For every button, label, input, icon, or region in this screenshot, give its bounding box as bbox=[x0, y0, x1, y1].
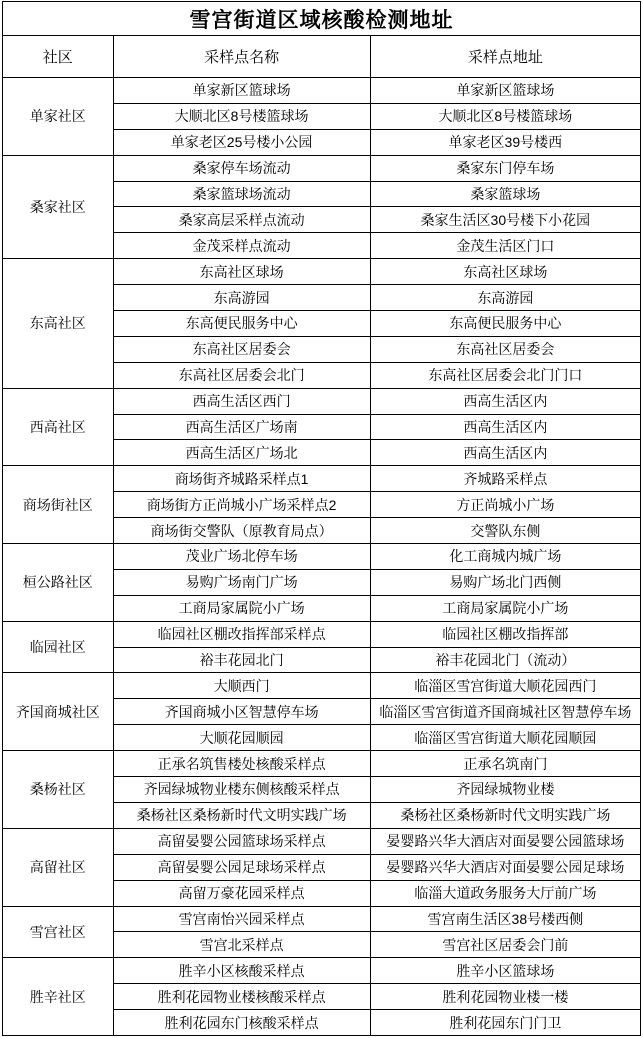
site-name-cell: 西高生活区西门 bbox=[113, 388, 370, 414]
site-name-cell: 东高游园 bbox=[113, 285, 370, 311]
column-header-site-address: 采样点地址 bbox=[370, 36, 640, 78]
site-name-cell: 大顺花园顺园 bbox=[113, 725, 370, 751]
site-address-cell: 临园社区棚改指挥部 bbox=[370, 621, 640, 647]
site-name-cell: 西高生活区广场北 bbox=[113, 440, 370, 466]
site-address-cell: 大顺北区8号楼篮球场 bbox=[370, 103, 640, 129]
site-address-cell: 桑杨社区桑杨新时代文明实践广场 bbox=[370, 802, 640, 828]
site-name-cell: 胜利花园物业楼核酸采样点 bbox=[113, 984, 370, 1010]
document-page: 雪宫街道区域核酸检测地址 社区 采样点名称 采样点地址 单家社区单家新区篮球场单… bbox=[0, 0, 643, 1038]
site-name-cell: 大顺西门 bbox=[113, 673, 370, 699]
table-row: 桑家社区桑家停车场流动桑家东门停车场 bbox=[3, 155, 641, 181]
site-name-cell: 东高社区居委会北门 bbox=[113, 362, 370, 388]
community-cell: 东高社区 bbox=[3, 259, 114, 388]
site-name-cell: 东高社区居委会 bbox=[113, 336, 370, 362]
table-row: 齐国商城社区大顺西门临淄区雪宫街道大顺花园西门 bbox=[3, 673, 641, 699]
site-name-cell: 易购广场南门广场 bbox=[113, 569, 370, 595]
site-address-cell: 临淄大道政务服务大厅前广场 bbox=[370, 880, 640, 906]
site-address-cell: 桑家生活区30号楼下小花园 bbox=[370, 207, 640, 233]
title-row: 雪宫街道区域核酸检测地址 bbox=[3, 2, 641, 36]
site-address-cell: 东高社区居委会 bbox=[370, 336, 640, 362]
column-header-site-name: 采样点名称 bbox=[113, 36, 370, 78]
site-address-cell: 桑家东门停车场 bbox=[370, 155, 640, 181]
site-address-cell: 桑家篮球场 bbox=[370, 181, 640, 207]
site-address-cell: 交警队东侧 bbox=[370, 518, 640, 544]
community-cell: 桑家社区 bbox=[3, 155, 114, 259]
community-cell: 桑杨社区 bbox=[3, 751, 114, 829]
page-title: 雪宫街道区域核酸检测地址 bbox=[3, 2, 641, 36]
site-name-cell: 桑家停车场流动 bbox=[113, 155, 370, 181]
community-cell: 桓公路社区 bbox=[3, 544, 114, 622]
table-row: 高留社区高留晏婴公园篮球场采样点晏婴路兴华大酒店对面晏婴公园篮球场 bbox=[3, 828, 641, 854]
site-address-cell: 雪宫社区居委会门前 bbox=[370, 932, 640, 958]
site-address-cell: 雪宫南生活区38号楼西侧 bbox=[370, 906, 640, 932]
site-name-cell: 茂业广场北停车场 bbox=[113, 544, 370, 570]
site-name-cell: 正承名筑售楼处核酸采样点 bbox=[113, 751, 370, 777]
table-row: 东高社区东高社区球场东高社区球场 bbox=[3, 259, 641, 285]
column-header-row: 社区 采样点名称 采样点地址 bbox=[3, 36, 641, 78]
site-name-cell: 东高社区球场 bbox=[113, 259, 370, 285]
community-cell: 胜辛社区 bbox=[3, 958, 114, 1036]
site-name-cell: 西高生活区广场南 bbox=[113, 414, 370, 440]
site-name-cell: 裕丰花园北门 bbox=[113, 647, 370, 673]
site-address-cell: 易购广场北门西侧 bbox=[370, 569, 640, 595]
site-address-cell: 化工商城内城广场 bbox=[370, 544, 640, 570]
site-name-cell: 东高便民服务中心 bbox=[113, 311, 370, 337]
column-header-community: 社区 bbox=[3, 36, 114, 78]
table-row: 临园社区临园社区棚改指挥部采样点临园社区棚改指挥部 bbox=[3, 621, 641, 647]
site-address-cell: 东高游园 bbox=[370, 285, 640, 311]
site-address-cell: 单家新区篮球场 bbox=[370, 78, 640, 104]
site-address-cell: 齐园绿城物业楼 bbox=[370, 777, 640, 803]
table-row: 胜辛社区胜辛小区核酸采样点胜辛小区篮球场 bbox=[3, 958, 641, 984]
site-name-cell: 工商局家属院小广场 bbox=[113, 595, 370, 621]
table-row: 雪宫社区雪宫南怡兴园采样点雪宫南生活区38号楼西侧 bbox=[3, 906, 641, 932]
site-address-cell: 胜利花园物业楼一楼 bbox=[370, 984, 640, 1010]
site-address-cell: 金茂生活区门口 bbox=[370, 233, 640, 259]
site-address-cell: 东高社区球场 bbox=[370, 259, 640, 285]
site-name-cell: 桑杨社区桑杨新时代文明实践广场 bbox=[113, 802, 370, 828]
nucleic-acid-testing-sites-table: 雪宫街道区域核酸检测地址 社区 采样点名称 采样点地址 单家社区单家新区篮球场单… bbox=[2, 1, 641, 1036]
site-address-cell: 正承名筑南门 bbox=[370, 751, 640, 777]
table-row: 桓公路社区茂业广场北停车场化工商城内城广场 bbox=[3, 544, 641, 570]
site-address-cell: 胜辛小区篮球场 bbox=[370, 958, 640, 984]
site-name-cell: 桑家篮球场流动 bbox=[113, 181, 370, 207]
site-name-cell: 胜辛小区核酸采样点 bbox=[113, 958, 370, 984]
table-row: 商场街社区商场街齐城路采样点1齐城路采样点 bbox=[3, 466, 641, 492]
site-address-cell: 西高生活区内 bbox=[370, 440, 640, 466]
site-address-cell: 方正尚城小广场 bbox=[370, 492, 640, 518]
table-row: 桑杨社区正承名筑售楼处核酸采样点正承名筑南门 bbox=[3, 751, 641, 777]
table-row: 单家社区单家新区篮球场单家新区篮球场 bbox=[3, 78, 641, 104]
community-cell: 商场街社区 bbox=[3, 466, 114, 544]
site-name-cell: 齐国商城小区智慧停车场 bbox=[113, 699, 370, 725]
community-cell: 雪宫社区 bbox=[3, 906, 114, 958]
site-name-cell: 雪宫南怡兴园采样点 bbox=[113, 906, 370, 932]
table-row: 西高社区西高生活区西门西高生活区内 bbox=[3, 388, 641, 414]
site-name-cell: 大顺北区8号楼篮球场 bbox=[113, 103, 370, 129]
site-name-cell: 雪宫北采样点 bbox=[113, 932, 370, 958]
site-name-cell: 商场街方正尚城小广场采样点2 bbox=[113, 492, 370, 518]
site-name-cell: 高留万豪花园采样点 bbox=[113, 880, 370, 906]
site-name-cell: 高留晏婴公园足球场采样点 bbox=[113, 854, 370, 880]
site-address-cell: 西高生活区内 bbox=[370, 414, 640, 440]
site-name-cell: 齐园绿城物业楼东侧核酸采样点 bbox=[113, 777, 370, 803]
site-name-cell: 临园社区棚改指挥部采样点 bbox=[113, 621, 370, 647]
site-address-cell: 东高便民服务中心 bbox=[370, 311, 640, 337]
site-name-cell: 金茂采样点流动 bbox=[113, 233, 370, 259]
site-address-cell: 晏婴路兴华大酒店对面晏婴公园足球场 bbox=[370, 854, 640, 880]
site-name-cell: 商场街交警队（原教育局点） bbox=[113, 518, 370, 544]
site-name-cell: 桑家高层采样点流动 bbox=[113, 207, 370, 233]
site-name-cell: 单家老区25号楼小公园 bbox=[113, 129, 370, 155]
site-address-cell: 东高社区居委会北门门口 bbox=[370, 362, 640, 388]
site-name-cell: 单家新区篮球场 bbox=[113, 78, 370, 104]
site-address-cell: 临淄区雪宫街道大顺花园西门 bbox=[370, 673, 640, 699]
site-address-cell: 齐城路采样点 bbox=[370, 466, 640, 492]
community-cell: 临园社区 bbox=[3, 621, 114, 673]
community-cell: 单家社区 bbox=[3, 78, 114, 156]
site-address-cell: 临淄区雪宫街道齐国商城社区智慧停车场 bbox=[370, 699, 640, 725]
community-cell: 西高社区 bbox=[3, 388, 114, 466]
site-name-cell: 商场街齐城路采样点1 bbox=[113, 466, 370, 492]
site-address-cell: 裕丰花园北门（流动） bbox=[370, 647, 640, 673]
community-cell: 齐国商城社区 bbox=[3, 673, 114, 751]
community-cell: 高留社区 bbox=[3, 828, 114, 906]
site-address-cell: 西高生活区内 bbox=[370, 388, 640, 414]
site-address-cell: 临淄区雪宫街道大顺花园顺园 bbox=[370, 725, 640, 751]
site-name-cell: 胜利花园东门核酸采样点 bbox=[113, 1010, 370, 1036]
site-address-cell: 单家老区39号楼西 bbox=[370, 129, 640, 155]
site-address-cell: 晏婴路兴华大酒店对面晏婴公园篮球场 bbox=[370, 828, 640, 854]
site-address-cell: 工商局家属院小广场 bbox=[370, 595, 640, 621]
site-name-cell: 高留晏婴公园篮球场采样点 bbox=[113, 828, 370, 854]
site-address-cell: 胜利花园东门门卫 bbox=[370, 1010, 640, 1036]
